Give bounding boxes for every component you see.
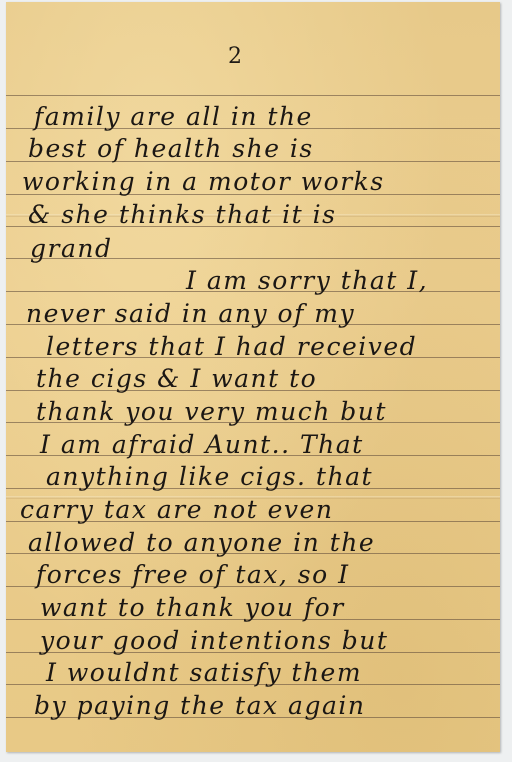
text-line: the cigs & I want to: [36, 364, 317, 393]
letter-page: 2 family are all in the best of health s…: [6, 2, 500, 752]
text-line: I wouldnt satisfy them: [46, 658, 362, 687]
text-line: forces free of tax, so I: [36, 560, 349, 589]
text-line: anything like cigs. that: [46, 462, 373, 491]
text-line: I am afraid Aunt.. That: [40, 430, 364, 459]
text-line: carry tax are not even: [20, 495, 333, 524]
text-line: working in a motor works: [22, 167, 385, 196]
text-line: letters that I had received: [46, 332, 417, 361]
text-line: your good intentions but: [40, 626, 388, 655]
text-line: I am sorry that I,: [186, 266, 428, 295]
text-line: grand: [30, 234, 112, 263]
text-line: best of health she is: [28, 134, 314, 163]
ruled-line: [6, 95, 500, 96]
text-line: by paying the tax again: [34, 691, 365, 720]
page-number: 2: [228, 44, 242, 69]
text-line: family are all in the: [34, 102, 313, 131]
text-line: thank you very much but: [36, 397, 387, 426]
text-line: & she thinks that it is: [28, 200, 336, 229]
text-line: allowed to anyone in the: [28, 528, 375, 557]
text-line: never said in any of my: [26, 299, 355, 328]
text-line: want to thank you for: [40, 593, 345, 622]
